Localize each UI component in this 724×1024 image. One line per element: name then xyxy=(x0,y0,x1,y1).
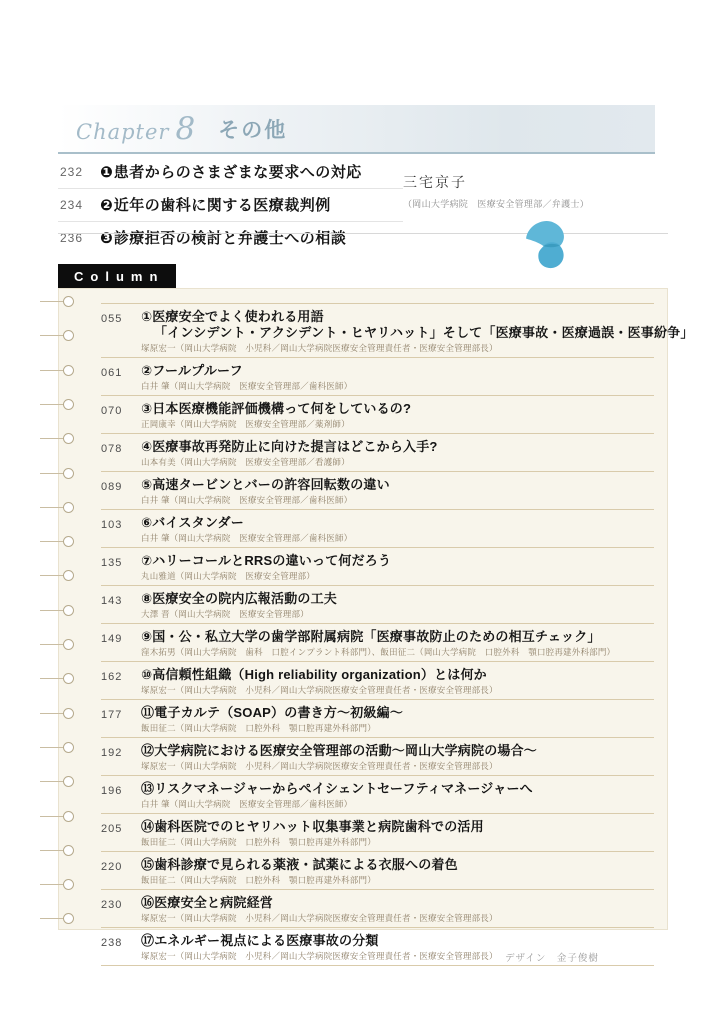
binder-ring-icon xyxy=(63,879,74,890)
column-entry-page: 220 xyxy=(101,861,141,873)
toc-row: 234❷近年の歯科に関する医療裁判例 xyxy=(58,189,403,222)
column-entry-body: ⑭歯科医院でのヒヤリハット収集事業と病院歯科での活用飯田征二（岡山大学病院 口腔… xyxy=(141,819,654,848)
chapter-word: Chapter xyxy=(76,120,169,144)
chapter-number: 8 xyxy=(175,111,196,147)
column-entry-body: ⑯医療安全と病院経営塚原宏一（岡山大学病院 小児科／岡山大学病院医療安全管理責任… xyxy=(141,895,654,924)
column-entry-page: 149 xyxy=(101,633,141,645)
toc-page-number: 234 xyxy=(58,198,100,212)
column-entry-page: 205 xyxy=(101,823,141,835)
binder-line xyxy=(40,781,64,782)
column-entry-body: ⑫大学病院における医療安全管理部の活動〜岡山大学病院の場合〜塚原宏一（岡山大学病… xyxy=(141,743,654,772)
column-entry-page: 089 xyxy=(101,481,141,493)
binder-ring-icon xyxy=(63,502,74,513)
column-entry-body: ⑧医療安全の院内広報活動の工夫大澤 晋（岡山大学病院 医療安全管理部） xyxy=(141,591,654,620)
column-entry-title: 「インシデント・アクシデント・ヒヤリハット」そして「医療事故・医療過誤・医事紛争… xyxy=(141,325,654,341)
column-entry-title: ⑩高信頼性組織（High reliability organization）とは… xyxy=(141,667,654,683)
column-entry-title: ⑭歯科医院でのヒヤリハット収集事業と病院歯科での活用 xyxy=(141,819,654,835)
binder-ring-icon xyxy=(63,913,74,924)
binder-ring-icon xyxy=(63,399,74,410)
column-entry-body: ⑩高信頼性組織（High reliability organization）とは… xyxy=(141,667,654,696)
column-entry: 055①医療安全でよく使われる用語「インシデント・アクシデント・ヒヤリハット」そ… xyxy=(101,303,654,357)
binder-line xyxy=(40,644,64,645)
binder-line xyxy=(40,610,64,611)
toc-row: 236❸診療拒否の検討と弁護士への相談 xyxy=(58,222,403,254)
column-entry: 205⑭歯科医院でのヒヤリハット収集事業と病院歯科での活用飯田征二（岡山大学病院… xyxy=(101,813,654,851)
column-entry-title: ②フールプルーフ xyxy=(141,363,654,379)
column-entry-body: ⑥バイスタンダー白井 肇（岡山大学病院 医療安全管理部／歯科医師） xyxy=(141,515,654,544)
toc-item-number: ❸ xyxy=(100,229,113,247)
column-entry-author: 飯田征二（岡山大学病院 口腔外科 顎口腔再建外科部門） xyxy=(141,837,654,848)
binder-ring-icon xyxy=(63,639,74,650)
column-entry-title: ⑮歯科診療で見られる薬液・試薬による衣服への着色 xyxy=(141,857,654,873)
binder-line xyxy=(40,678,64,679)
binder-line xyxy=(40,747,64,748)
binder-ring-icon xyxy=(63,708,74,719)
column-entry-author: 山本有美（岡山大学病院 医療安全管理部／看護師） xyxy=(141,457,654,468)
toc-bottom-rule xyxy=(58,233,668,234)
book-page: Chapter8 その他 232❶患者からのさまざまな要求への対応234❷近年の… xyxy=(0,0,724,1024)
column-entry: 149⑨国・公・私立大学の歯学部附属病院「医療事故防止のための相互チェック」窪木… xyxy=(101,623,654,661)
column-entry: 143⑧医療安全の院内広報活動の工夫大澤 晋（岡山大学病院 医療安全管理部） xyxy=(101,585,654,623)
column-entry-author: 窪木拓男（岡山大学病院 歯科 口腔インプラント科部門）、飯田征二（岡山大学病院 … xyxy=(141,647,654,658)
binder-ring-icon xyxy=(63,811,74,822)
author-affiliation: （岡山大学病院 医療安全管理部／弁護士） xyxy=(403,197,589,210)
binder-line xyxy=(40,713,64,714)
column-entry-title: ①医療安全でよく使われる用語 xyxy=(141,309,654,325)
toc-item-number: ❷ xyxy=(100,196,113,214)
toc-item-title: 近年の歯科に関する医療裁判例 xyxy=(114,194,331,215)
column-entry-author: 飯田征二（岡山大学病院 口腔外科 顎口腔再建外科部門） xyxy=(141,875,654,886)
binder-line xyxy=(40,884,64,885)
column-entry-author: 塚原宏一（岡山大学病院 小児科／岡山大学病院医療安全管理責任者・医療安全管理部長… xyxy=(141,685,654,696)
column-entry: 089⑤高速タービンとバーの許容回転数の違い白井 肇（岡山大学病院 医療安全管理… xyxy=(101,471,654,509)
column-entry-title: ⑨国・公・私立大学の歯学部附属病院「医療事故防止のための相互チェック」 xyxy=(141,629,654,645)
column-entry: 196⑬リスクマネージャーからペイシェントセーフティマネージャーへ白井 肇（岡山… xyxy=(101,775,654,813)
binder-line xyxy=(40,370,64,371)
column-entry: 230⑯医療安全と病院経営塚原宏一（岡山大学病院 小児科／岡山大学病院医療安全管… xyxy=(101,889,654,927)
binder-ring-icon xyxy=(63,742,74,753)
column-entry-title: ⑫大学病院における医療安全管理部の活動〜岡山大学病院の場合〜 xyxy=(141,743,654,759)
column-entry-page: 238 xyxy=(101,937,141,949)
binder-line xyxy=(40,816,64,817)
column-entry-page: 061 xyxy=(101,367,141,379)
binder-line xyxy=(40,918,64,919)
binder-ring-icon xyxy=(63,296,74,307)
toc-item-title: 診療拒否の検討と弁護士への相談 xyxy=(114,227,347,248)
binder-line xyxy=(40,404,64,405)
column-entry-author: 白井 肇（岡山大学病院 医療安全管理部／歯科医師） xyxy=(141,533,654,544)
column-entry: 078④医療事故再発防止に向けた提言はどこから入手?山本有美（岡山大学病院 医療… xyxy=(101,433,654,471)
column-entry-page: 103 xyxy=(101,519,141,531)
column-entry-body: ⑨国・公・私立大学の歯学部附属病院「医療事故防止のための相互チェック」窪木拓男（… xyxy=(141,629,654,658)
column-entry-title: ⑦ハリーコールとRRSの違いって何だろう xyxy=(141,553,654,569)
column-entry-title: ⑥バイスタンダー xyxy=(141,515,654,531)
column-entry-body: ⑤高速タービンとバーの許容回転数の違い白井 肇（岡山大学病院 医療安全管理部／歯… xyxy=(141,477,654,506)
column-entry-body: ⑪電子カルテ（SOAP）の書き方〜初級編〜飯田征二（岡山大学病院 口腔外科 顎口… xyxy=(141,705,654,734)
column-entry-author: 白井 肇（岡山大学病院 医療安全管理部／歯科医師） xyxy=(141,381,654,392)
column-entry-list: 055①医療安全でよく使われる用語「インシデント・アクシデント・ヒヤリハット」そ… xyxy=(101,303,654,966)
binder-line xyxy=(40,507,64,508)
column-entry-body: ②フールプルーフ白井 肇（岡山大学病院 医療安全管理部／歯科医師） xyxy=(141,363,654,392)
column-entry-page: 135 xyxy=(101,557,141,569)
binder-line xyxy=(40,575,64,576)
column-entry: 061②フールプルーフ白井 肇（岡山大学病院 医療安全管理部／歯科医師） xyxy=(101,357,654,395)
column-entry-author: 大澤 晋（岡山大学病院 医療安全管理部） xyxy=(141,609,654,620)
column-entry-page: 196 xyxy=(101,785,141,797)
binder-line xyxy=(40,301,64,302)
chapter-author: 三宅京子 （岡山大学病院 医療安全管理部／弁護士） xyxy=(403,172,589,210)
column-entry-page: 162 xyxy=(101,671,141,683)
chapter-header: Chapter8 その他 xyxy=(58,105,655,152)
column-entry-page: 230 xyxy=(101,899,141,911)
column-entry-body: ⑮歯科診療で見られる薬液・試薬による衣服への着色飯田征二（岡山大学病院 口腔外科… xyxy=(141,857,654,886)
column-entry-title: ⑪電子カルテ（SOAP）の書き方〜初級編〜 xyxy=(141,705,654,721)
toc-item-number: ❶ xyxy=(100,163,113,181)
column-entry-author: 飯田征二（岡山大学病院 口腔外科 顎口腔再建外科部門） xyxy=(141,723,654,734)
binder-ring-icon xyxy=(63,570,74,581)
column-entry: 192⑫大学病院における医療安全管理部の活動〜岡山大学病院の場合〜塚原宏一（岡山… xyxy=(101,737,654,775)
column-entry-title: ③日本医療機能評価機構って何をしているの? xyxy=(141,401,654,417)
column-entry-author: 塚原宏一（岡山大学病院 小児科／岡山大学病院医療安全管理責任者・医療安全管理部長… xyxy=(141,343,654,354)
column-entry-body: ①医療安全でよく使われる用語「インシデント・アクシデント・ヒヤリハット」そして「… xyxy=(141,309,654,354)
chapter-toc: 232❶患者からのさまざまな要求への対応234❷近年の歯科に関する医療裁判例23… xyxy=(58,156,403,254)
column-entry-author: 白井 肇（岡山大学病院 医療安全管理部／歯科医師） xyxy=(141,495,654,506)
column-entry-body: ④医療事故再発防止に向けた提言はどこから入手?山本有美（岡山大学病院 医療安全管… xyxy=(141,439,654,468)
binder-ring-icon xyxy=(63,468,74,479)
column-entry-body: ⑦ハリーコールとRRSの違いって何だろう丸山雅道（岡山大学病院 医療安全管理部） xyxy=(141,553,654,582)
column-entry-author: 正岡康幸（岡山大学病院 医療安全管理部／薬剤師） xyxy=(141,419,654,430)
binder-ring-icon xyxy=(63,330,74,341)
column-entry-title: ⑬リスクマネージャーからペイシェントセーフティマネージャーへ xyxy=(141,781,654,797)
chapter-title: その他 xyxy=(218,114,287,144)
column-entry-author: 白井 肇（岡山大学病院 医療安全管理部／歯科医師） xyxy=(141,799,654,810)
ribbon-decoration-icon xyxy=(520,215,572,271)
column-entry-page: 078 xyxy=(101,443,141,455)
column-entry-page: 143 xyxy=(101,595,141,607)
column-entry-page: 070 xyxy=(101,405,141,417)
design-credit: デザイン 金子俊樹 xyxy=(505,950,599,964)
column-entry-body: ③日本医療機能評価機構って何をしているの?正岡康幸（岡山大学病院 医療安全管理部… xyxy=(141,401,654,430)
header-rule xyxy=(58,152,655,154)
toc-page-number: 232 xyxy=(58,165,100,179)
binder-line xyxy=(40,541,64,542)
column-entry-title: ⑯医療安全と病院経営 xyxy=(141,895,654,911)
column-entry-page: 192 xyxy=(101,747,141,759)
column-entry-author: 丸山雅道（岡山大学病院 医療安全管理部） xyxy=(141,571,654,582)
column-entry: 070③日本医療機能評価機構って何をしているの?正岡康幸（岡山大学病院 医療安全… xyxy=(101,395,654,433)
column-entry: 103⑥バイスタンダー白井 肇（岡山大学病院 医療安全管理部／歯科医師） xyxy=(101,509,654,547)
column-entry-title: ④医療事故再発防止に向けた提言はどこから入手? xyxy=(141,439,654,455)
binder-line xyxy=(40,850,64,851)
toc-row: 232❶患者からのさまざまな要求への対応 xyxy=(58,156,403,189)
column-entry-title: ⑧医療安全の院内広報活動の工夫 xyxy=(141,591,654,607)
column-entry-title: ⑰エネルギー視点による医療事故の分類 xyxy=(141,933,654,949)
column-entry-author: 塚原宏一（岡山大学病院 小児科／岡山大学病院医療安全管理責任者・医療安全管理部長… xyxy=(141,913,654,924)
toc-item-title: 患者からのさまざまな要求への対応 xyxy=(114,161,362,182)
binder-ring-icon xyxy=(63,365,74,376)
author-name: 三宅京子 xyxy=(403,172,589,192)
column-entry-page: 177 xyxy=(101,709,141,721)
column-entry: 162⑩高信頼性組織（High reliability organization… xyxy=(101,661,654,699)
binder-ring-icon xyxy=(63,776,74,787)
chapter-label: Chapter8 xyxy=(76,111,196,147)
binder-ring-icon xyxy=(63,673,74,684)
column-entry: 220⑮歯科診療で見られる薬液・試薬による衣服への着色飯田征二（岡山大学病院 口… xyxy=(101,851,654,889)
column-entry: 135⑦ハリーコールとRRSの違いって何だろう丸山雅道（岡山大学病院 医療安全管… xyxy=(101,547,654,585)
binder-line xyxy=(40,335,64,336)
column-entry-title: ⑤高速タービンとバーの許容回転数の違い xyxy=(141,477,654,493)
binder-ring-icon xyxy=(63,536,74,547)
binder-ring-icon xyxy=(63,605,74,616)
binder-ring-icon xyxy=(63,845,74,856)
column-entry-body: ⑬リスクマネージャーからペイシェントセーフティマネージャーへ白井 肇（岡山大学病… xyxy=(141,781,654,810)
column-entry-author: 塚原宏一（岡山大学病院 小児科／岡山大学病院医療安全管理責任者・医療安全管理部長… xyxy=(141,761,654,772)
column-header: Column xyxy=(58,264,176,288)
column-entry-page: 055 xyxy=(101,313,141,325)
binder-line xyxy=(40,438,64,439)
binder-line xyxy=(40,473,64,474)
column-entry: 177⑪電子カルテ（SOAP）の書き方〜初級編〜飯田征二（岡山大学病院 口腔外科… xyxy=(101,699,654,737)
binder-ring-icon xyxy=(63,433,74,444)
column-panel: 055①医療安全でよく使われる用語「インシデント・アクシデント・ヒヤリハット」そ… xyxy=(58,288,668,930)
